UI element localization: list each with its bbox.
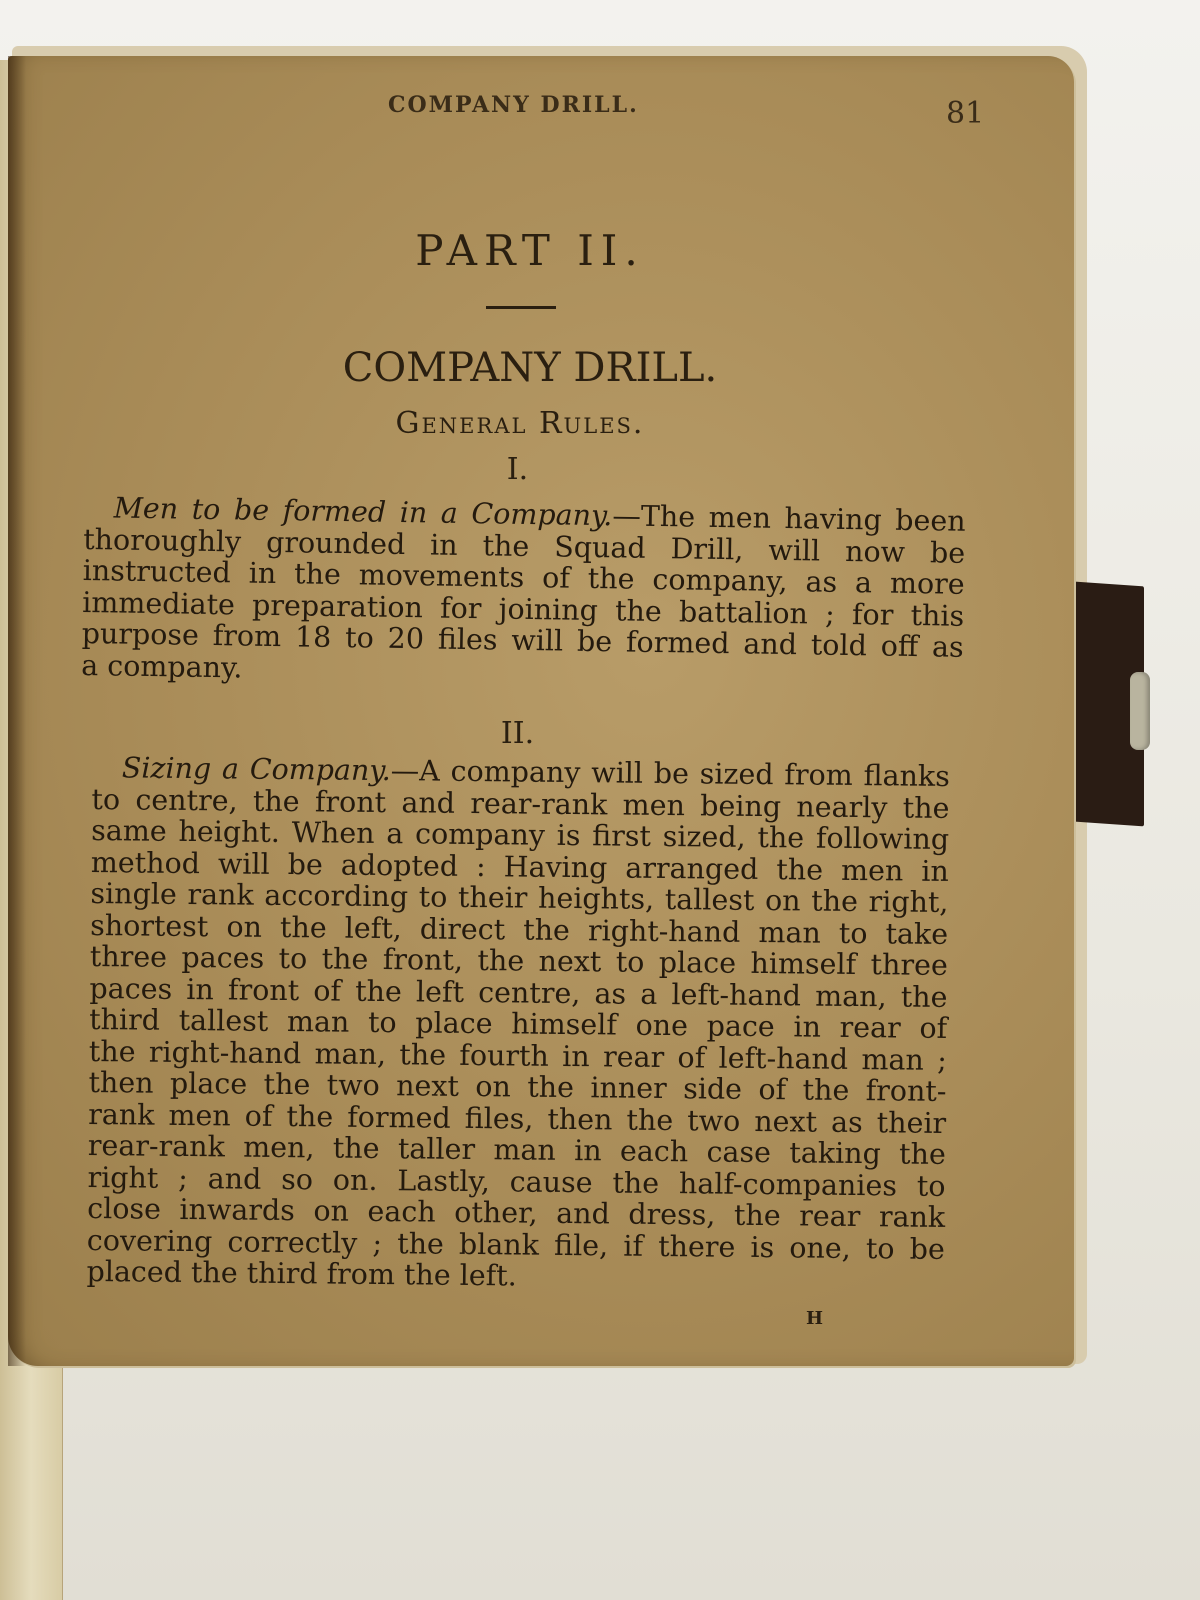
running-head: COMPANY DRILL. bbox=[388, 92, 639, 118]
title-rule-divider bbox=[486, 306, 556, 309]
rule-numeral: II. bbox=[0, 716, 1035, 751]
rule-paragraph: Sizing a Company.—A company will be size… bbox=[86, 752, 950, 1296]
part-title: PART II. bbox=[0, 226, 1060, 275]
page-number: 81 bbox=[946, 96, 984, 131]
rule-lead: Sizing a Company. bbox=[122, 751, 391, 787]
section-title: COMPANY DRILL. bbox=[0, 345, 1060, 391]
clasp-ring bbox=[1130, 672, 1150, 750]
rule-numeral: I. bbox=[0, 452, 1035, 487]
rule-paragraph: Men to be formed in a Company.—The men h… bbox=[81, 492, 966, 695]
subsection-title: General Rules. bbox=[0, 406, 1040, 441]
signature-mark: H bbox=[806, 1308, 823, 1329]
